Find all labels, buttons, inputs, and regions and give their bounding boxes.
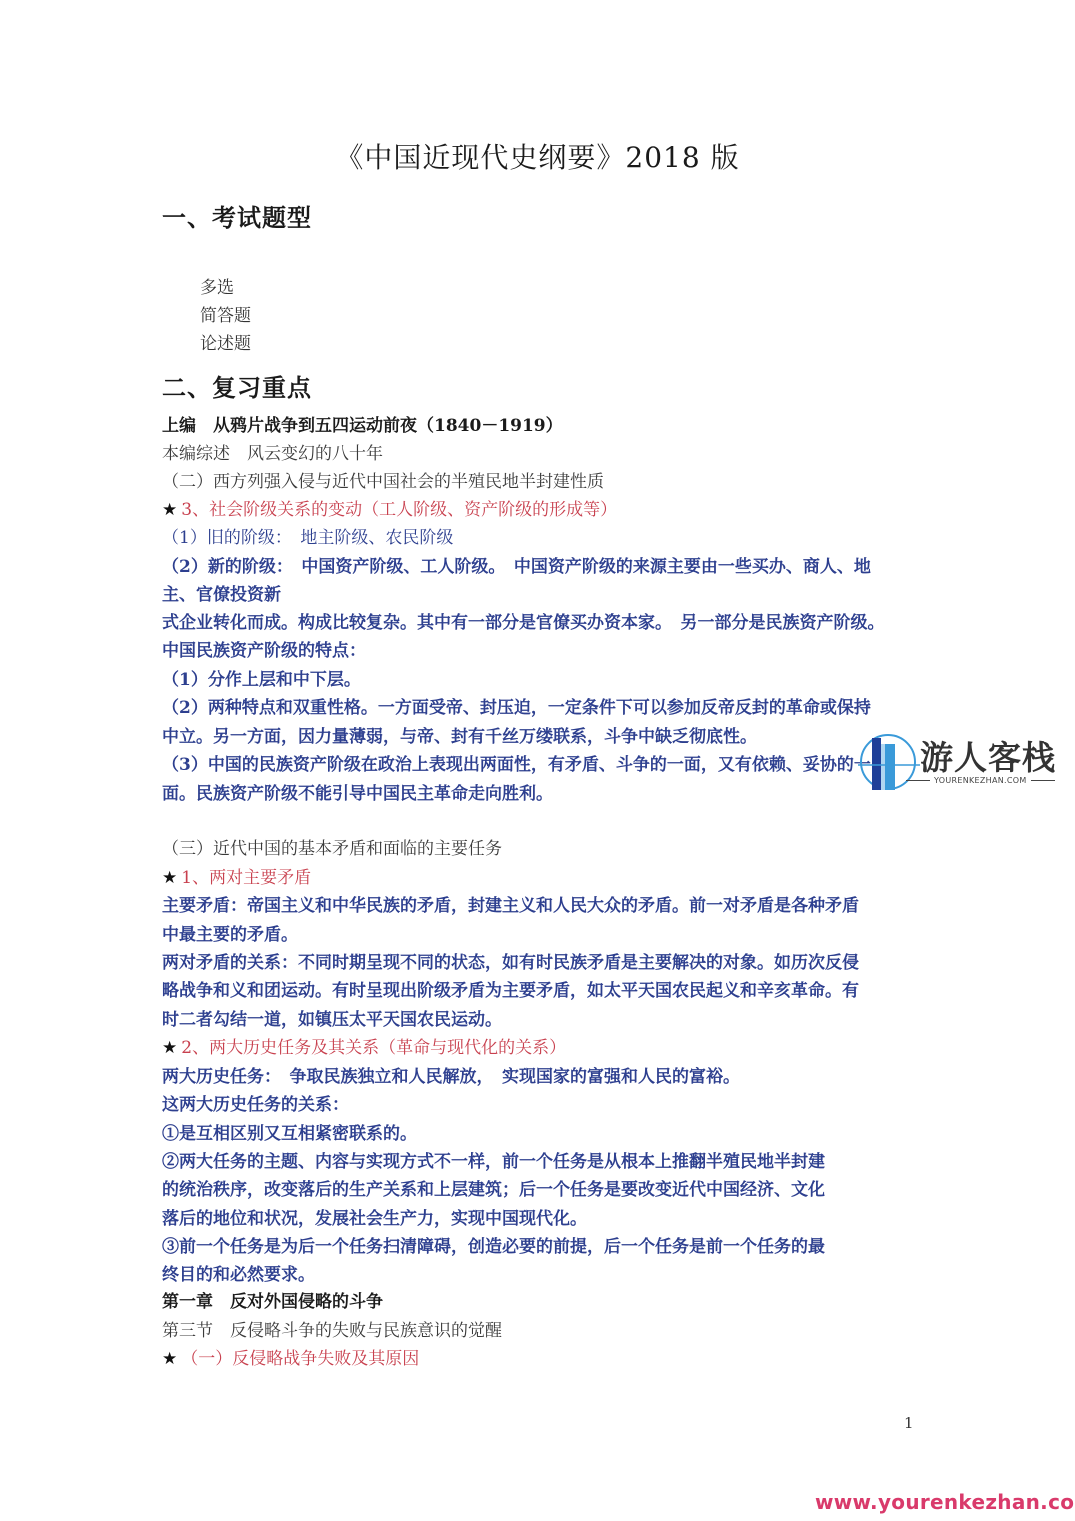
content-line: ③前一个任务是为后一个任务扫清障碍，创造必要的前提，后一个任务是前一个任务的最 xyxy=(162,1233,825,1261)
watermark-url: www.yourenkezhan.com xyxy=(815,1490,1075,1514)
content-line: 略战争和义和团运动。有时呈现出阶级矛盾为主要矛盾，如太平天国农民起义和辛亥革命。… xyxy=(162,977,859,1005)
starred-topic-line: ★1、两对主要矛盾 xyxy=(162,864,311,892)
topic-number: 2、 xyxy=(181,1038,209,1058)
content-line: 本编综述 风云变幻的八十年 xyxy=(162,440,383,468)
watermark-logo-subtext: YOURENKEZHAN.COM xyxy=(902,776,1059,785)
section-heading-exam-types: 一、考试题型 xyxy=(162,198,312,233)
line-text: （1）分作上层和中下层。 xyxy=(162,670,361,690)
line-text: 中立。另一方面，因力量薄弱，与帝、封有千丝万缕联系，斗争中缺乏彻底性。 xyxy=(162,727,757,747)
star-icon: ★ xyxy=(162,868,177,888)
line-text: 中国民族资产阶级的特点： xyxy=(162,641,366,661)
content-line: 落后的地位和状况，发展社会生产力，实现中国现代化。 xyxy=(162,1205,587,1233)
line-text: 主、官僚投资新 xyxy=(162,585,281,605)
line-text: 主要矛盾：帝国主义和中华民族的矛盾，封建主义和人民大众的矛盾。前一对矛盾是各种矛… xyxy=(162,896,859,916)
line-text: 社会阶级关系的变动（工人阶级、资产阶级的形成等） xyxy=(209,500,617,520)
starred-topic-line: ★3、社会阶级关系的变动（工人阶级、资产阶级的形成等） xyxy=(162,496,617,524)
document-title: 《中国近现代史纲要》2018 版 xyxy=(0,136,1075,176)
content-line: （二）西方列强入侵与近代中国社会的半殖民地半封建性质 xyxy=(162,468,604,496)
line-text: （2）新的阶级： 中国资产阶级、工人阶级。 中国资产阶级的来源主要由一些买办、商… xyxy=(162,557,871,577)
line-text: 落后的地位和状况，发展社会生产力，实现中国现代化。 xyxy=(162,1209,587,1229)
content-line: 这两大历史任务的关系： xyxy=(162,1091,349,1119)
content-line: 两大历史任务： 争取民族独立和人民解放， 实现国家的富强和人民的富裕。 xyxy=(162,1063,740,1091)
line-text: （一）反侵略战争失败及其原因 xyxy=(181,1349,419,1369)
content-line: （1）分作上层和中下层。 xyxy=(162,666,361,694)
content-line: 中立。另一方面，因力量薄弱，与帝、封有千丝万缕联系，斗争中缺乏彻底性。 xyxy=(162,723,757,751)
content-line: 主要矛盾：帝国主义和中华民族的矛盾，封建主义和人民大众的矛盾。前一对矛盾是各种矛… xyxy=(162,892,859,920)
content-line: 中国民族资产阶级的特点： xyxy=(162,637,366,665)
star-icon: ★ xyxy=(162,500,177,520)
line-text: 式企业转化而成。构成比较复杂。其中有一部分是官僚买办资本家。 另一部分是民族资产… xyxy=(162,613,885,633)
line-text: 这两大历史任务的关系： xyxy=(162,1095,349,1115)
topic-number: 1、 xyxy=(181,868,209,888)
exam-type-item: 多选 xyxy=(200,273,234,298)
line-text: ①是互相区别又互相紧密联系的。 xyxy=(162,1124,417,1144)
section-heading-review-points: 二、复习重点 xyxy=(162,368,312,403)
content-line: 时二者勾结一道，如镇压太平天国农民运动。 xyxy=(162,1006,502,1034)
line-text: 略战争和义和团运动。有时呈现出阶级矛盾为主要矛盾，如太平天国农民起义和辛亥革命。… xyxy=(162,981,859,1001)
watermark-logo: 游人客栈 YOURENKEZHAN.COM xyxy=(858,728,1058,798)
page-number: 1 xyxy=(904,1414,914,1432)
content-line: 面。民族资产阶级不能引导中国民主革命走向胜利。 xyxy=(162,780,553,808)
line-text: （三）近代中国的基本矛盾和面临的主要任务 xyxy=(162,839,502,859)
line-text: ③前一个任务是为后一个任务扫清障碍，创造必要的前提，后一个任务是前一个任务的最 xyxy=(162,1237,825,1257)
line-text: 的统治秩序，改变落后的生产关系和上层建筑；后一个任务是要改变近代中国经济、文化 xyxy=(162,1180,825,1200)
content-line: （2）两种特点和双重性格。一方面受帝、封压迫，一定条件下可以参加反帝反封的革命或… xyxy=(162,694,871,722)
document-page: 《中国近现代史纲要》2018 版 一、考试题型 多选 简答题 论述题 二、复习重… xyxy=(0,0,1075,1521)
content-line: 主、官僚投资新 xyxy=(162,581,281,609)
exam-type-item: 论述题 xyxy=(200,329,251,354)
line-text: （二）西方列强入侵与近代中国社会的半殖民地半封建性质 xyxy=(162,472,604,492)
content-line: 第一章 反对外国侵略的斗争 xyxy=(162,1288,383,1316)
content-line: （三）近代中国的基本矛盾和面临的主要任务 xyxy=(162,835,502,863)
exam-type-item: 简答题 xyxy=(200,301,251,326)
line-text: 第三节 反侵略斗争的失败与民族意识的觉醒 xyxy=(162,1321,502,1341)
watermark-logo-text: 游人客栈 xyxy=(920,732,1056,779)
line-text: 时二者勾结一道，如镇压太平天国农民运动。 xyxy=(162,1010,502,1030)
content-line: 终目的和必然要求。 xyxy=(162,1261,315,1289)
content-line: ①是互相区别又互相紧密联系的。 xyxy=(162,1120,417,1148)
line-text: 面。民族资产阶级不能引导中国民主革命走向胜利。 xyxy=(162,784,553,804)
content-line: 第三节 反侵略斗争的失败与民族意识的觉醒 xyxy=(162,1317,502,1345)
content-line: 的统治秩序，改变落后的生产关系和上层建筑；后一个任务是要改变近代中国经济、文化 xyxy=(162,1176,825,1204)
line-text: 第一章 反对外国侵略的斗争 xyxy=(162,1292,383,1312)
topic-number: 3、 xyxy=(181,500,209,520)
building-logo-icon xyxy=(858,728,920,798)
line-text: 上编 从鸦片战争到五四运动前夜（1840－1919） xyxy=(162,416,563,436)
line-text: （2）两种特点和双重性格。一方面受帝、封压迫，一定条件下可以参加反帝反封的革命或… xyxy=(162,698,871,718)
line-text: 两对主要矛盾 xyxy=(209,868,311,888)
starred-topic-line: ★（一）反侵略战争失败及其原因 xyxy=(162,1345,419,1373)
line-text: 终目的和必然要求。 xyxy=(162,1265,315,1285)
line-text: 中最主要的矛盾。 xyxy=(162,925,298,945)
line-text: 两大历史任务： 争取民族独立和人民解放， 实现国家的富强和人民的富裕。 xyxy=(162,1067,740,1087)
content-line: 两对矛盾的关系：不同时期呈现不同的状态，如有时民族矛盾是主要解决的对象。如历次反… xyxy=(162,949,859,977)
content-line: 上编 从鸦片战争到五四运动前夜（1840－1919） xyxy=(162,412,563,440)
star-icon: ★ xyxy=(162,1349,177,1369)
line-text: （3）中国的民族资产阶级在政治上表现出两面性，有矛盾、斗争的一面，又有依赖、妥协… xyxy=(162,755,871,775)
content-line: ②两大任务的主题、内容与实现方式不一样，前一个任务是从根本上推翻半殖民地半封建 xyxy=(162,1148,825,1176)
content-line: （1）旧的阶级： 地主阶级、农民阶级 xyxy=(162,524,453,552)
line-text: 两对矛盾的关系：不同时期呈现不同的状态，如有时民族矛盾是主要解决的对象。如历次反… xyxy=(162,953,859,973)
line-text: 本编综述 风云变幻的八十年 xyxy=(162,444,383,464)
content-line: 式企业转化而成。构成比较复杂。其中有一部分是官僚买办资本家。 另一部分是民族资产… xyxy=(162,609,885,637)
line-text: 两大历史任务及其关系（革命与现代化的关系） xyxy=(209,1038,566,1058)
star-icon: ★ xyxy=(162,1038,177,1058)
content-line: 中最主要的矛盾。 xyxy=(162,921,298,949)
starred-topic-line: ★2、两大历史任务及其关系（革命与现代化的关系） xyxy=(162,1034,566,1062)
content-line: （2）新的阶级： 中国资产阶级、工人阶级。 中国资产阶级的来源主要由一些买办、商… xyxy=(162,553,871,581)
content-line: （3）中国的民族资产阶级在政治上表现出两面性，有矛盾、斗争的一面，又有依赖、妥协… xyxy=(162,751,871,779)
line-text: ②两大任务的主题、内容与实现方式不一样，前一个任务是从根本上推翻半殖民地半封建 xyxy=(162,1152,825,1172)
line-text: （1）旧的阶级： 地主阶级、农民阶级 xyxy=(162,528,453,548)
